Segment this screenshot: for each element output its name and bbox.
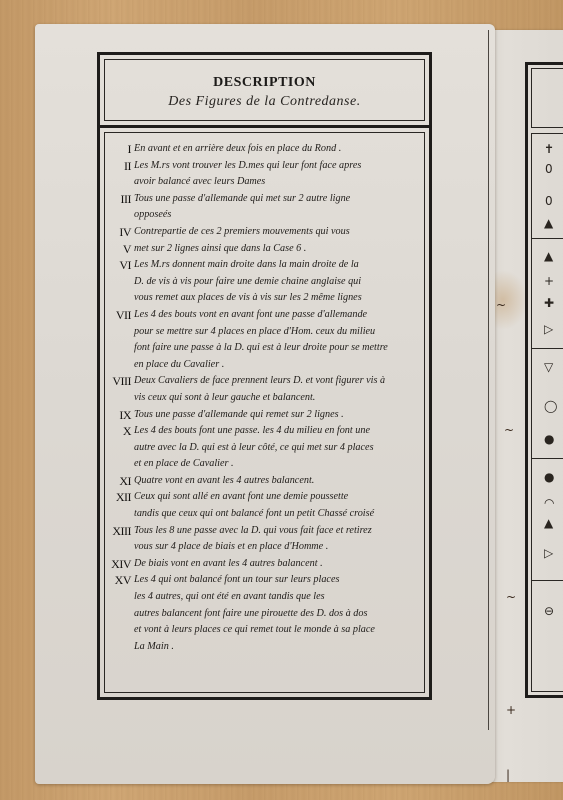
figure-numeral: III	[111, 191, 134, 208]
figure-line: VIIIDeux Cavaliers de face prennent leur…	[111, 373, 420, 390]
filled-circle-icon: ●	[544, 432, 554, 446]
figure-text: vous sur 4 place de biais et en place d'…	[134, 539, 328, 556]
filled-triangle-icon: ▲	[544, 249, 553, 263]
divider	[532, 458, 563, 459]
figure-text: Ceux qui sont allé en avant font une dem…	[134, 489, 348, 506]
figure-text: Contrepartie de ces 2 premiers mouvement…	[134, 224, 350, 241]
right-page-figures: ✝ 0 0 ▲ ▲ + ✚ ▷ ▽ ◯ ● ● ◠ ▲ ▷ ⊖	[531, 133, 563, 692]
divider	[532, 580, 563, 581]
figure-numeral: XIV	[111, 556, 134, 573]
filled-triangle-icon: ▲	[544, 516, 553, 530]
binding-thread: ~	[506, 590, 516, 604]
figure-line: XIICeux qui sont allé en avant font une …	[111, 489, 420, 506]
figure-numeral: XII	[111, 489, 134, 506]
filled-triangle-icon: ▲	[544, 216, 553, 230]
binding-thread: +	[506, 703, 516, 717]
figure-text: Deux Cavaliers de face prennent leurs D.…	[134, 373, 385, 390]
figure-text: autres balancent font faire une pirouett…	[134, 606, 367, 623]
binding-thread: |	[506, 768, 510, 782]
figure-line: tandis que ceux qui ont balancé font un …	[111, 506, 420, 523]
figure-line: D. de vis à vis pour faire une demie cha…	[111, 274, 420, 291]
right-page-title-box	[531, 68, 563, 128]
figure-text: De biais vont en avant les 4 autres bala…	[134, 556, 323, 573]
figure-text: En avant et en arrière deux fois en plac…	[134, 141, 341, 158]
figure-line: avoir balancé avec leurs Dames	[111, 174, 420, 191]
open-triangle-icon: ▷	[544, 322, 553, 336]
figure-line: vous sur 4 place de biais et en place d'…	[111, 539, 420, 556]
divider	[532, 238, 563, 239]
figure-line: les 4 autres, qui ont été en avant tandi…	[111, 589, 420, 606]
figure-numeral: I	[111, 141, 134, 158]
figure-text: en place du Cavalier .	[134, 357, 224, 374]
figure-numeral: II	[111, 158, 134, 175]
right-page-frame: ✝ 0 0 ▲ ▲ + ✚ ▷ ▽ ◯ ● ● ◠ ▲ ▷ ⊖	[525, 62, 563, 698]
figure-text: pour se mettre sur 4 places en place d'H…	[134, 324, 375, 341]
binding-thread: ~	[496, 298, 506, 312]
figure-numeral: XIII	[111, 523, 134, 540]
divider	[532, 348, 563, 349]
open-loop-icon: 0	[545, 194, 553, 208]
figure-text: Les 4 des bouts font une passe. les 4 du…	[134, 423, 370, 440]
figure-numeral: VIII	[111, 373, 134, 390]
figure-text: Les 4 qui ont balancé font un tour sur l…	[134, 572, 339, 589]
figure-numeral: IV	[111, 224, 134, 241]
figure-line: autre avec la D. qui est à leur côté, ce…	[111, 440, 420, 457]
arc-icon: ◠	[544, 496, 554, 510]
figure-text: avoir balancé avec leurs Dames	[134, 174, 265, 191]
figure-text: Tous une passe d'allemande qui remet sur…	[134, 407, 344, 424]
figure-line: XIVDe biais vont en avant les 4 autres b…	[111, 556, 420, 573]
figure-text: et en place de Cavalier .	[134, 456, 234, 473]
figure-line: vis ceux qui sont à leur gauche et balan…	[111, 390, 420, 407]
description-frame: DESCRIPTION Des Figures de la Contredans…	[97, 52, 432, 700]
figure-text: Tous les 8 une passe avec la D. qui vous…	[134, 523, 372, 540]
binding-thread: ~	[504, 423, 514, 437]
title-box: DESCRIPTION Des Figures de la Contredans…	[104, 59, 425, 121]
figure-line: opposeés	[111, 207, 420, 224]
figure-numeral: V	[111, 241, 134, 258]
open-triangle-down-icon: ▽	[544, 360, 553, 374]
figure-text: Quatre vont en avant les 4 autres balanc…	[134, 473, 314, 490]
filled-circle-icon: ●	[544, 470, 554, 484]
figure-text: Tous une passe d'allemande qui met sur 2…	[134, 191, 350, 208]
figure-text: opposeés	[134, 207, 171, 224]
figure-line: XIQuatre vont en avant les 4 autres bala…	[111, 473, 420, 490]
figure-line: IIITous une passe d'allemande qui met su…	[111, 191, 420, 208]
figure-line: XLes 4 des bouts font une passe. les 4 d…	[111, 423, 420, 440]
title-separator	[100, 125, 429, 128]
figure-text: tandis que ceux qui ont balancé font un …	[134, 506, 374, 523]
figure-line: IVContrepartie de ces 2 premiers mouveme…	[111, 224, 420, 241]
figure-line: VILes M.rs donnent main droite dans la m…	[111, 257, 420, 274]
figure-numeral: XV	[111, 572, 134, 589]
small-cross-icon: +	[544, 274, 554, 288]
figure-line: XVLes 4 qui ont balancé font un tour sur…	[111, 572, 420, 589]
figure-line: IILes M.rs vont trouver les D.mes qui le…	[111, 158, 420, 175]
figure-text: vis ceux qui sont à leur gauche et balan…	[134, 390, 315, 407]
figure-line: et vont à leurs places ce qui remet tout…	[111, 622, 420, 639]
figure-line: IEn avant et en arrière deux fois en pla…	[111, 141, 420, 158]
figures-list: IEn avant et en arrière deux fois en pla…	[104, 132, 425, 693]
figure-text: D. de vis à vis pour faire une demie cha…	[134, 274, 361, 291]
figure-line: et en place de Cavalier .	[111, 456, 420, 473]
page-subtitle: Des Figures de la Contredanse.	[105, 94, 424, 110]
figure-line: en place du Cavalier .	[111, 357, 420, 374]
filled-cross-icon: ✚	[544, 296, 554, 310]
figure-line: Vmet sur 2 lignes ainsi que dans la Case…	[111, 241, 420, 258]
figure-text: autre avec la D. qui est à leur côté, ce…	[134, 440, 374, 457]
open-triangle-icon: ▷	[544, 546, 553, 560]
figure-numeral: XI	[111, 473, 134, 490]
figure-text: Les M.rs donnent main droite dans la mai…	[134, 257, 359, 274]
circle-icon: ◯	[544, 399, 557, 413]
figure-line: VIILes 4 des bouts vont en avant font un…	[111, 307, 420, 324]
page-title: DESCRIPTION	[105, 75, 424, 91]
figure-numeral: IX	[111, 407, 134, 424]
figure-line: font faire une passe à la D. qui est à l…	[111, 340, 420, 357]
figure-text: vous remet aux places de vis à vis sur l…	[134, 290, 362, 307]
figure-numeral: VII	[111, 307, 134, 324]
page-edge-line	[488, 30, 489, 730]
figure-line: XIIITous les 8 une passe avec la D. qui …	[111, 523, 420, 540]
figure-text: La Main .	[134, 639, 174, 656]
figure-numeral: X	[111, 423, 134, 440]
circle-line-icon: ⊖	[544, 604, 554, 618]
figure-line: La Main .	[111, 639, 420, 656]
figure-text: les 4 autres, qui ont été en avant tandi…	[134, 589, 325, 606]
figure-line: pour se mettre sur 4 places en place d'H…	[111, 324, 420, 341]
figure-text: font faire une passe à la D. qui est à l…	[134, 340, 388, 357]
figure-text: Les 4 des bouts vont en avant font une p…	[134, 307, 367, 324]
figure-line: vous remet aux places de vis à vis sur l…	[111, 290, 420, 307]
figure-text: Les M.rs vont trouver les D.mes qui leur…	[134, 158, 361, 175]
figure-numeral: VI	[111, 257, 134, 274]
figure-line: IXTous une passe d'allemande qui remet s…	[111, 407, 420, 424]
figure-line: autres balancent font faire une pirouett…	[111, 606, 420, 623]
cross-figure-icon: ✝	[544, 142, 554, 156]
figure-text: et vont à leurs places ce qui remet tout…	[134, 622, 375, 639]
open-loop-icon: 0	[545, 162, 553, 176]
figure-text: met sur 2 lignes ainsi que dans la Case …	[134, 241, 306, 258]
